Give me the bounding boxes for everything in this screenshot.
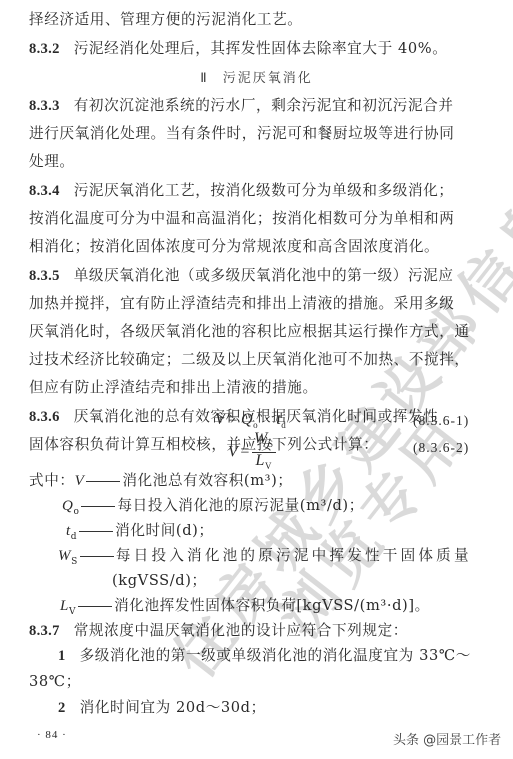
text-line: 相消化；按消化固体浓度可分为常规浓度和高含固浓度消化。 bbox=[29, 237, 439, 257]
item-number: 2 bbox=[58, 700, 66, 716]
def-symbol: V bbox=[75, 473, 85, 489]
list-item-2: 2消化时间宜为 20d～30d； bbox=[58, 698, 266, 718]
def-text: 每日投入消化池的原污泥中挥发性干固体质量 bbox=[116, 547, 472, 564]
definition-l: LV消化池挥发性固体容积负荷[kgVSS/(m³·d)]。 bbox=[60, 596, 430, 622]
clause-text: 有初次沉淀池系统的污水厂，剩余污泥宜和初沉污泥合并 bbox=[74, 97, 454, 114]
item-number: 1 bbox=[58, 648, 66, 664]
clause-number: 8.3.3 bbox=[29, 98, 60, 114]
em-dash bbox=[78, 606, 112, 607]
eq-variable: Q bbox=[241, 411, 253, 428]
text-line: 加热并搅拌，宜有防止浮渣结壳和排出上清液的措施。采用多级 bbox=[29, 294, 454, 314]
def-subscript: d bbox=[71, 532, 77, 542]
clause-8-3-5: 8.3.5单级厌氧消化池（或多级厌氧消化池中的第一级）污泥应 bbox=[29, 266, 454, 286]
item-text: 多级消化池的第一级或单级消化池的消化温度宜为 33℃～ bbox=[80, 647, 471, 664]
clause-number: 8.3.6 bbox=[29, 409, 60, 425]
item-text: 消化时间宜为 20d～30d； bbox=[80, 699, 266, 716]
section-roman-numeral: Ⅱ bbox=[200, 70, 208, 85]
text-line: 厌氧消化时，各级厌氧消化池的容积比应根据其运行操作方式，通 bbox=[29, 322, 470, 342]
clause-8-3-7: 8.3.7常规浓度中温厌氧消化池的设计应符合下列规定： bbox=[29, 621, 408, 641]
eq-operator: · bbox=[264, 411, 270, 428]
eq-variable: V bbox=[228, 443, 238, 460]
em-dash bbox=[81, 506, 115, 507]
section-title: 污泥厌氧消化 bbox=[223, 71, 313, 86]
eq-operator: = bbox=[240, 443, 250, 460]
em-dash bbox=[79, 531, 113, 532]
text-line: (kgVSS/d)； bbox=[112, 571, 207, 591]
em-dash bbox=[86, 481, 120, 482]
def-symbol: Q bbox=[62, 498, 73, 514]
text-line: 过技术经济比较确定；二级及以上厌氧消化池可不加热、不搅拌， bbox=[29, 350, 470, 370]
definition-q: Qo每日投入消化池的原污泥量(m³/d)； bbox=[62, 496, 364, 522]
eq-fraction: WSLV bbox=[252, 431, 276, 474]
eq-subscript: S bbox=[268, 439, 274, 449]
def-symbol: W bbox=[58, 548, 71, 564]
equation-number: (8.3.6-2) bbox=[413, 440, 469, 456]
clause-text: 污泥厌氧消化工艺，按消化级数可分为单级和多级消化； bbox=[74, 182, 454, 199]
definition-w: WS每日投入消化池的原污泥中挥发性干固体质量 bbox=[58, 546, 472, 572]
clause-number: 8.3.7 bbox=[29, 623, 60, 639]
clause-8-3-4: 8.3.4污泥厌氧消化工艺，按消化级数可分为单级和多级消化； bbox=[29, 181, 454, 201]
clause-number: 8.3.5 bbox=[29, 268, 60, 284]
text-line: 择经济适用、管理方便的污泥消化工艺。 bbox=[29, 10, 303, 30]
definition-v: 式中：V消化池总有效容积(m³)； bbox=[29, 471, 293, 491]
text-line: 38℃； bbox=[29, 672, 81, 692]
eq-numerator: W bbox=[254, 430, 268, 447]
def-text: 消化池总有效容积(m³)； bbox=[122, 472, 292, 489]
text-line: 但应有防止浮渣结壳和排出上清液的措施。 bbox=[29, 378, 318, 398]
section-heading: Ⅱ污泥厌氧消化 bbox=[0, 68, 513, 89]
where-label: 式中： bbox=[29, 472, 75, 489]
def-subscript: S bbox=[71, 557, 78, 567]
eq-subscript: d bbox=[281, 420, 286, 430]
list-item-1: 1多级消化池的第一级或单级消化池的消化温度宜为 33℃～ bbox=[58, 646, 471, 666]
page-number: · 84 · bbox=[37, 729, 67, 741]
clause-text: 污泥经消化处理后，其挥发性固体去除率宜大于 40%。 bbox=[74, 40, 448, 57]
text-line: 处理。 bbox=[29, 152, 75, 172]
def-symbol: L bbox=[60, 598, 69, 614]
em-dash bbox=[80, 556, 114, 557]
eq-subscript: o bbox=[253, 420, 258, 430]
text-line: 按消化温度可分为中温和高温消化；按消化相数可分为单相和两 bbox=[29, 209, 454, 229]
definition-t: td消化时间(d)； bbox=[66, 521, 214, 547]
def-subscript: V bbox=[69, 607, 76, 617]
clause-8-3-3: 8.3.3有初次沉淀池系统的污水厂，剩余污泥宜和初沉污泥合并 bbox=[29, 96, 454, 116]
equation-number: (8.3.6-1) bbox=[413, 413, 469, 429]
eq-denominator: L bbox=[255, 452, 265, 469]
clause-text: 单级厌氧消化池（或多级厌氧消化池中的第一级）污泥应 bbox=[74, 267, 454, 284]
def-subscript: o bbox=[73, 507, 79, 517]
clause-number: 8.3.2 bbox=[29, 41, 60, 57]
def-text: 消化池挥发性固体容积负荷[kgVSS/(m³·d)]。 bbox=[114, 597, 430, 614]
eq-subscript: V bbox=[265, 461, 272, 471]
clause-8-3-2: 8.3.2污泥经消化处理后，其挥发性固体去除率宜大于 40%。 bbox=[29, 39, 447, 59]
def-text: 消化时间(d)； bbox=[115, 522, 214, 539]
def-text: 每日投入消化池的原污泥量(m³/d)； bbox=[117, 497, 363, 514]
equation-8-3-6-2: V=WSLV bbox=[228, 431, 276, 474]
text-line: 固体容积负荷计算互相校核，并应按下列公式计算： bbox=[29, 435, 378, 455]
eq-operator: = bbox=[228, 411, 238, 428]
eq-variable: V bbox=[215, 411, 225, 428]
source-attribution: 头条 @园景工作者 bbox=[393, 729, 501, 748]
text-line: 进行厌氧消化处理。当有条件时，污泥可和餐厨垃圾等进行协同 bbox=[29, 124, 454, 144]
clause-number: 8.3.4 bbox=[29, 183, 60, 199]
clause-text: 常规浓度中温厌氧消化池的设计应符合下列规定： bbox=[74, 622, 408, 639]
